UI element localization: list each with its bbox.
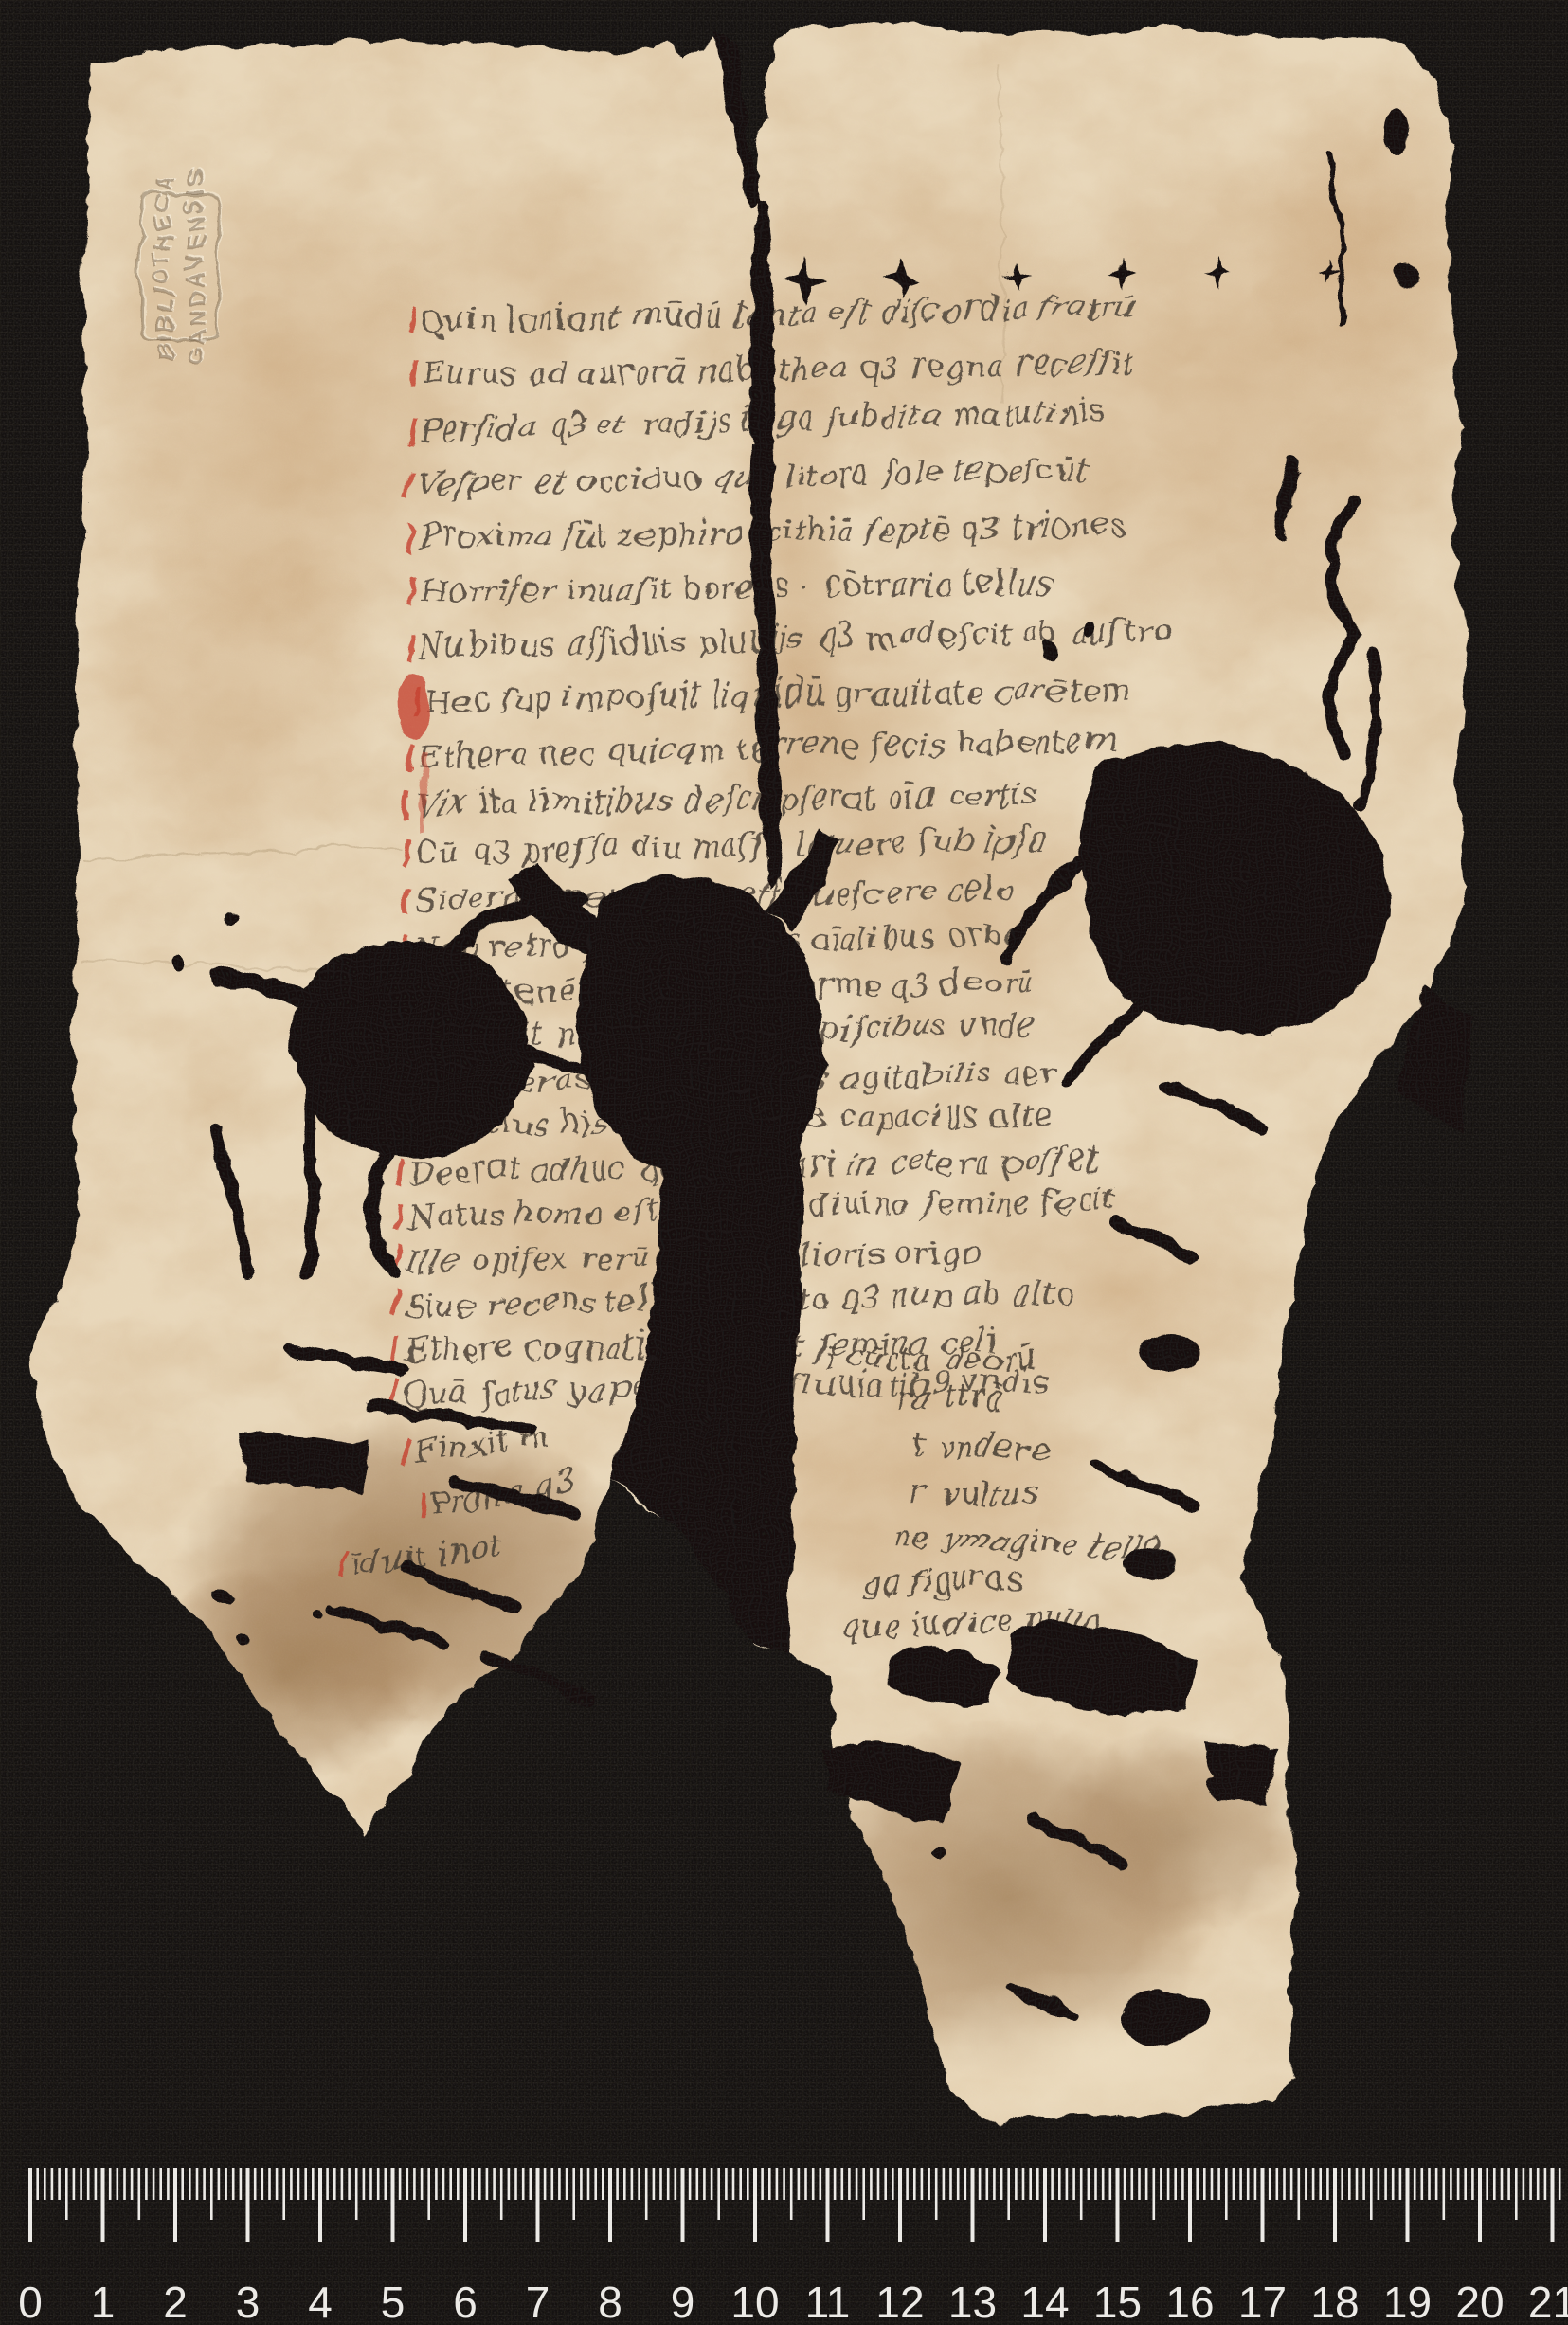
photo-grain-overlay xyxy=(0,0,1568,2325)
manuscript-scan: BIBLIOTHECA BIBLIOTHECA GANDAVENSIS GAND… xyxy=(0,0,1568,2325)
scanned-manuscript-page: BIBLIOTHECA BIBLIOTHECA GANDAVENSIS GAND… xyxy=(0,0,1568,2325)
